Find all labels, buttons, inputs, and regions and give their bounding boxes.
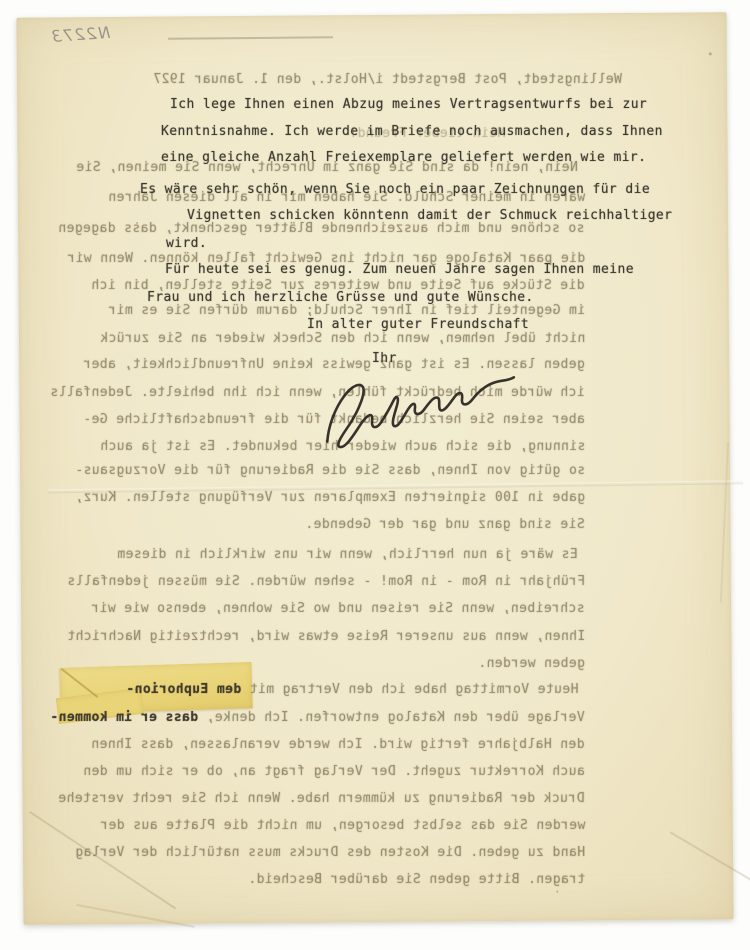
- letter-line: Ihr: [372, 351, 397, 366]
- letter-line: Ich lege Ihnen einen Abzug meines Vertra…: [170, 97, 647, 112]
- letter-line: Vignetten schicken könntenn damit der Sc…: [187, 208, 672, 223]
- recto-text-layer: Ich lege Ihnen einen Abzug meines Vertra…: [0, 0, 750, 950]
- letter-scan: Wellingstedt, Post Bergstedt i/Holst., d…: [0, 0, 750, 950]
- letter-line: In alter guter Freundschaft: [307, 317, 529, 332]
- letter-line: Kenntnisnahme. Ich werde im Briefe noch …: [161, 124, 663, 139]
- letter-line: eine gleiche Anzahl Freiexemplare gelief…: [161, 150, 646, 165]
- letter-line: Für heute sei es genug. Zum neuen Jahre …: [165, 262, 634, 277]
- letter-line: Frau und ich herzliche Grüsse und gute W…: [147, 290, 534, 305]
- signature-stroke: [321, 366, 520, 449]
- letter-line: wird.: [166, 236, 207, 251]
- letter-line: Es wäre sehr schön, wenn Sie noch ein pa…: [140, 182, 650, 197]
